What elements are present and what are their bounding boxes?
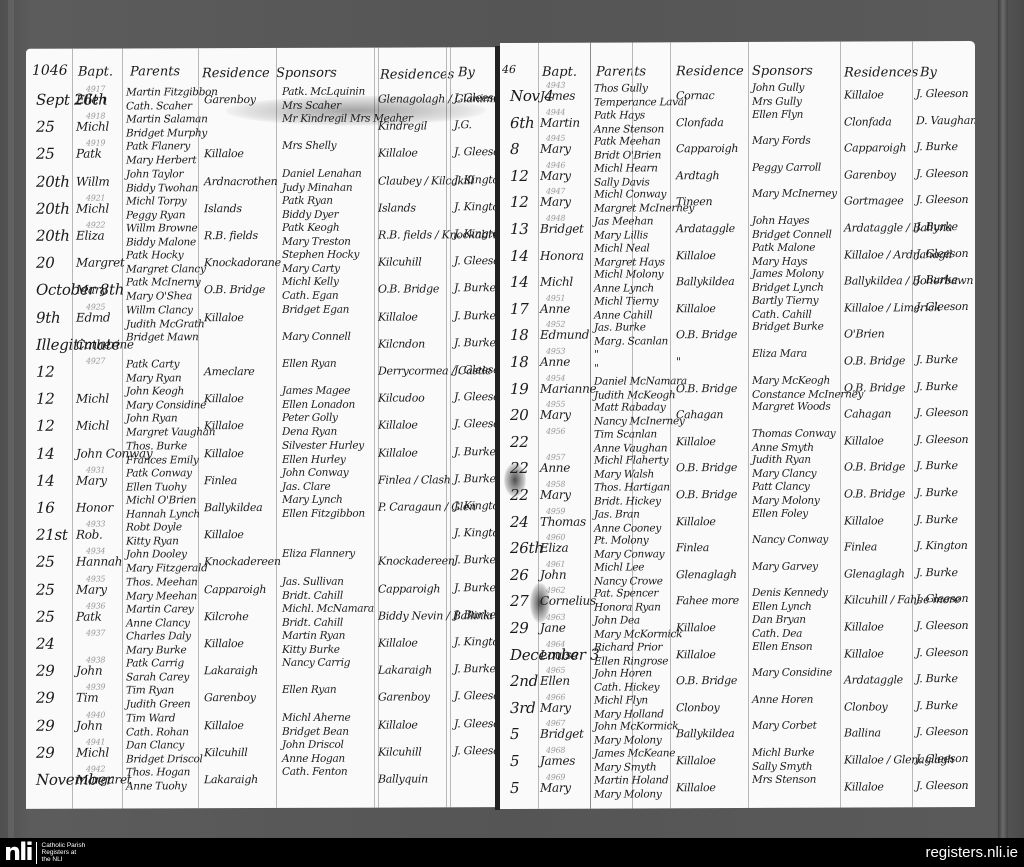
father-name: Michl Flyn — [594, 694, 648, 706]
nli-logo-mark: nli — [4, 841, 32, 864]
residence: Killaloe — [204, 719, 244, 732]
child-name: Rob. — [76, 528, 103, 542]
entry-date: 2nd — [510, 672, 538, 690]
sponsor-1: Ellen Ryan — [282, 358, 336, 370]
mother-name: Temperance Laval — [594, 96, 687, 108]
residence: Capparoigh — [676, 142, 738, 155]
child-name: Hannah — [76, 555, 122, 569]
officiant: J. Gleeson — [916, 193, 968, 206]
entry-date: 22 — [510, 433, 529, 451]
sponsor-residence: Killaloe — [378, 718, 418, 731]
child-name: Honor — [76, 501, 113, 515]
child-name: Patk — [76, 147, 102, 161]
child-name: Anne — [540, 302, 570, 316]
residence: O.B. Bridge — [676, 488, 737, 501]
child-name: Louisa — [540, 647, 578, 661]
sponsor-residence: Knockadereen — [378, 555, 455, 568]
father-name: Patk Flanery — [126, 141, 190, 153]
child-name: Eliza — [76, 229, 104, 243]
father-name: Tim Ryan — [126, 685, 174, 697]
entry-date: 20th — [36, 172, 70, 190]
child-name: Mary — [76, 473, 107, 487]
father-name: Thos. Hogan — [126, 766, 190, 778]
sponsor-2: Judy Minahan — [282, 181, 352, 193]
mother-name: Mary Molony — [594, 788, 661, 800]
child-name: Michl — [540, 275, 573, 289]
mother-name: Anne Tuohy — [126, 780, 186, 792]
officiant: J. Burke — [916, 672, 958, 685]
entry-date: 5 — [510, 779, 519, 797]
officiant: J. Burke — [454, 309, 496, 322]
mother-name: Judith Green — [126, 699, 190, 711]
officiant: J. Gleeson — [916, 646, 968, 659]
sponsor-1: Ellen Ryan — [282, 684, 336, 696]
residence: Garenboy — [204, 691, 256, 704]
sponsor-residence: O'Brien — [844, 328, 884, 341]
residence: Lakaraigh — [204, 664, 258, 677]
entry-date: 14 — [36, 472, 55, 490]
child-name: Ellen — [76, 93, 106, 107]
father-name: Patk Hays — [594, 109, 645, 121]
sponsor-1: James Molony — [752, 268, 823, 280]
sponsor-1: Mary Connell — [282, 330, 351, 342]
entry-date: 25 — [36, 118, 55, 136]
father-name: Thos Gully — [594, 82, 648, 94]
mother-name: Biddy Twohan — [126, 182, 198, 194]
sponsor-1: John Conway — [282, 466, 348, 478]
sponsor-2: Anne Smyth — [752, 441, 814, 453]
entry-date: 25 — [36, 553, 55, 571]
sponsor-2: Jas. Clare — [282, 481, 330, 493]
father-name: Michl Torpy — [126, 195, 186, 207]
entry-date: 12 — [36, 363, 55, 381]
sponsor-1: Dan Bryan — [752, 614, 806, 626]
residence: Killaloe — [676, 435, 716, 448]
mother-name: Cath. Rohan — [126, 726, 189, 738]
father-name: John McKormick — [594, 721, 678, 733]
residence: Ballykildea — [676, 727, 734, 740]
officiant: J. Burke — [916, 220, 958, 233]
residence: Knockadorane — [204, 256, 281, 269]
residence: Killaloe — [676, 515, 716, 528]
sponsor-1: Denis Kennedy — [752, 587, 828, 599]
mother-name: Margret Clancy — [126, 263, 206, 275]
mother-name: Mary O'Shea — [126, 291, 192, 303]
sponsor-2: Dena Ryan — [282, 426, 337, 438]
child-name: Anne — [540, 461, 570, 475]
sponsor-1: Ellen Foley — [752, 507, 808, 519]
sponsor-1: Eliza Mara — [752, 348, 807, 360]
sponsor-1: Eliza Flannery — [282, 548, 355, 560]
entry-date: 29 — [36, 689, 55, 707]
residence: Kilcrohe — [204, 610, 249, 623]
sponsor-2: Mary Treston — [282, 236, 351, 248]
sponsor-1: Thomas Conway — [752, 427, 835, 439]
residence: Killaloe — [204, 147, 244, 160]
entry-date: 14 — [36, 444, 55, 462]
entry-date: 29 — [36, 744, 55, 762]
sponsor-residence: Ballina — [844, 727, 881, 740]
ink-smudge — [530, 583, 550, 623]
entry-date: 12 — [36, 390, 55, 408]
father-name: John Taylor — [126, 168, 183, 180]
mother-name: Anne Lynch — [594, 283, 654, 295]
sponsor-residence: Garenboy — [378, 691, 430, 704]
register-page-left: 1046 Bapt. Parents Residence Sponsors Re… — [26, 47, 496, 809]
sponsor-residence: O.B. Bridge — [844, 354, 905, 367]
mother-name: Honora Ryan — [594, 602, 661, 614]
officiant: J. Burke — [454, 554, 496, 567]
child-name: Mary — [76, 283, 107, 297]
officiant: J. Kington — [454, 227, 496, 240]
mother-name: Anne Vaughan — [594, 442, 667, 454]
officiant: J. Kington — [454, 173, 496, 186]
entry-date: 25 — [36, 580, 55, 598]
residence: O.B. Bridge — [204, 283, 265, 296]
officiant: J. Gleeson — [454, 690, 496, 703]
mother-name: Nancy McInerney — [594, 415, 685, 427]
sponsor-1: Bridget Egan — [282, 303, 349, 315]
sponsor-residence: Glenaglagh — [844, 567, 905, 580]
sponsor-residence: Clonfada — [844, 115, 891, 128]
sponsor-1: Bridget Burke — [752, 321, 823, 333]
father-name: Michl Neal — [594, 242, 649, 254]
residence: O.B. Bridge — [676, 382, 737, 395]
officiant: J. Burke — [454, 445, 496, 458]
sponsor-residence: O.B. Bridge — [378, 283, 439, 296]
residence: Killaloe — [204, 637, 244, 650]
mother-name: Cath. Hickey — [594, 682, 659, 694]
residence: Finlea — [676, 541, 709, 554]
child-name: Eliza — [540, 541, 568, 555]
sponsor-2: Bridt. Cahill — [282, 589, 343, 601]
father-name: Richard Prior — [594, 641, 662, 653]
sponsor-1: Michl. McNamara — [282, 602, 374, 614]
mother-name: Mary Lillis — [594, 229, 648, 241]
officiant: J. Kington — [916, 539, 968, 552]
mother-name: Anne Stenson — [594, 123, 664, 135]
child-name: Mary — [76, 582, 107, 596]
father-name: John Dooley — [126, 549, 187, 561]
mother-name: Nancy Crowe — [594, 575, 663, 587]
child-name: John — [540, 568, 566, 582]
residence: Killaloe — [676, 648, 716, 661]
residence: Clonfada — [676, 116, 723, 129]
entry-date: 17 — [510, 300, 529, 318]
officiant: J. Burke — [916, 566, 958, 579]
sponsor-2: Biddy Dyer — [282, 209, 338, 221]
mother-name: Anne Cahill — [594, 309, 653, 321]
child-name: James — [540, 89, 575, 103]
officiant: J. Burke — [454, 608, 496, 621]
sponsor-1: John Driscol — [282, 739, 344, 751]
sponsor-2: Cath. Dea — [752, 628, 802, 640]
sponsor-1: Patk Ryan — [282, 195, 333, 207]
sponsor-residence: Killaloe — [844, 88, 884, 101]
child-name: John — [76, 664, 102, 678]
sponsor-2: Mrs Gully — [752, 96, 802, 108]
father-name: Patk Meehan — [594, 136, 660, 148]
mother-name: Kitty Ryan — [126, 535, 179, 547]
father-name: Michl O'Brien — [126, 494, 196, 506]
officiant: J. Gleeson — [454, 146, 496, 159]
mother-name: Cath. Scaher — [126, 100, 192, 112]
child-name: Mary — [540, 408, 571, 422]
entry-date: 25 — [36, 145, 55, 163]
officiant: J. Burke — [454, 472, 496, 485]
father-name: James McKeane — [594, 747, 675, 759]
child-name: Martin — [540, 115, 580, 129]
sponsor-1: Mary Lynch — [282, 494, 342, 506]
site-url-link[interactable]: registers.nli.ie — [925, 844, 1018, 861]
officiant: J. Kington — [454, 200, 496, 213]
residence: Glenaglagh — [676, 568, 737, 581]
entry-date: 5 — [510, 725, 519, 743]
entry-date: 12 — [510, 193, 529, 211]
sponsor-1: Daniel Lenahan — [282, 167, 362, 179]
sponsor-1: John Gully — [752, 82, 804, 94]
officiant: J. Burke — [916, 273, 958, 286]
entry-date: 6th — [510, 113, 534, 131]
entry-number: 4927 — [86, 357, 105, 366]
sponsor-residence: Capparoigh — [844, 141, 906, 154]
father-name: Patk Hocky — [126, 249, 183, 261]
mother-name: Mary Fitzgerald — [126, 563, 208, 575]
entry-date: 20th — [36, 199, 70, 217]
mother-name: Bridt O'Brien — [594, 150, 661, 162]
mother-name: Mary Walsh — [594, 469, 654, 481]
child-name: Anne — [540, 355, 570, 369]
child-name: James — [540, 754, 575, 768]
residence: Killaloe — [676, 781, 716, 794]
residence: Ameclare — [204, 365, 255, 378]
child-name: Michl — [76, 745, 109, 759]
entry-date: 12 — [510, 167, 529, 185]
sponsor-2: Anne Hogan — [282, 753, 345, 765]
sponsor-1: Mrs Shelly — [282, 140, 336, 152]
officiant: J. Gleeson — [454, 717, 496, 730]
mother-name: Anne Cooney — [594, 522, 661, 534]
father-name: Jas. Bran — [594, 508, 640, 520]
sponsor-1: Michl Aherne — [282, 711, 350, 723]
father-name: John Dea — [594, 614, 640, 626]
officiant: J. Gleeson — [454, 390, 496, 403]
sponsor-1: John Hayes — [752, 215, 809, 227]
entry-date: 16 — [36, 499, 55, 517]
residence: R.B. fields — [204, 229, 258, 242]
sponsor-2: Bridget Bean — [282, 725, 349, 737]
child-name: Edmd — [76, 310, 110, 324]
officiant: J. Gleeson — [454, 744, 496, 757]
officiant: J.G. — [454, 118, 472, 131]
residence: Killaloe — [204, 528, 244, 541]
sponsor-2: Mary Hays — [752, 255, 807, 267]
father-name: Jas Meehan — [594, 215, 653, 227]
mother-name: Ellen Tuohy — [126, 481, 186, 493]
sponsor-residence: Killaloe — [844, 514, 884, 527]
residence: Killaloe — [676, 302, 716, 315]
officiant: J. Burke — [454, 336, 496, 349]
sponsor-2: Ellen Fitzgibbon — [282, 508, 365, 520]
father-name: Willm Browne — [126, 222, 197, 234]
entry-date: 14 — [510, 247, 529, 265]
sponsor-residence: Killaloe — [378, 310, 418, 323]
child-name: Bridget — [540, 222, 584, 236]
nli-logo[interactable]: nli Catholic Parish Registers at the NLI — [4, 841, 85, 864]
entry-date: 5 — [510, 752, 519, 770]
sponsor-residence: Killaloe — [844, 620, 884, 633]
sponsor-residence: Killaloe — [378, 446, 418, 459]
father-name: Charles Daly — [126, 630, 191, 642]
residence: O.B. Bridge — [676, 328, 737, 341]
sponsor-2: Ellen Lynch — [752, 601, 812, 613]
father-name: John Horen — [594, 668, 652, 680]
mother-name: Frances Emily — [126, 454, 199, 466]
residence: Cahagan — [676, 408, 723, 421]
register-entry: 54969MaryMartin HolandMary MolonyKillalo… — [500, 775, 975, 807]
sponsor-1: Michl Kelly — [282, 276, 339, 288]
sponsor-residence: Ballyquin — [378, 772, 428, 785]
father-name: Martin Salaman — [126, 113, 208, 125]
residence: Fahee more — [676, 594, 739, 607]
sponsor-1: Martin Ryan — [282, 630, 345, 642]
mother-name: Margret Vaughan — [126, 427, 215, 439]
mother-name: Judith McGrath — [126, 318, 204, 330]
sponsor-1: Cath. Fenton — [282, 766, 347, 778]
mother-name: Margret Hays — [594, 256, 665, 268]
entry-date: 9th — [36, 308, 60, 326]
residence: Ballykildea — [676, 275, 734, 288]
officiant: J. Kington — [454, 635, 496, 648]
residence: O.B. Bridge — [676, 461, 737, 474]
child-name: Willm — [76, 174, 110, 188]
entry-date: 27 — [510, 592, 529, 610]
sponsor-1: Ellen Enson — [752, 640, 812, 652]
logo-divider — [36, 842, 37, 864]
sponsor-residence: Ardataggle — [844, 673, 903, 686]
sponsor-2: Bridget Connell — [752, 229, 832, 241]
child-name: Patk — [76, 609, 102, 623]
father-name: Martin Carey — [126, 603, 194, 615]
sponsor-2: Bridget Lynch — [752, 282, 824, 294]
sponsor-residence: Killaloe — [378, 636, 418, 649]
officiant: J. Burke — [916, 513, 958, 526]
sponsor-residence: Kilcudoo — [378, 392, 424, 405]
sponsor-1: Judith Ryan — [752, 454, 811, 466]
mother-name: Mary Meehan — [126, 590, 197, 602]
father-name: Dan Clancy — [126, 739, 184, 751]
residence: Lakaraigh — [204, 773, 258, 786]
sponsor-1: Peggy Carroll — [752, 161, 821, 173]
sponsor-residence: Finlea — [844, 541, 877, 554]
father-name: Tim Scanlan — [594, 428, 657, 440]
sponsor-1: Anne Horen — [752, 693, 813, 705]
mother-name: Mary Conway — [594, 549, 664, 561]
officiant: J. Burke — [916, 380, 958, 393]
father-name: Pat. Spencer — [594, 588, 658, 600]
residence: Killaloe — [204, 419, 244, 432]
sponsor-2: Bridt. Cahill — [282, 617, 343, 629]
father-name: John Ryan — [126, 413, 177, 425]
sponsor-residence: Capparoigh — [378, 582, 440, 595]
mother-name: Mary Molony — [594, 735, 661, 747]
sponsor-residence: Lakaraigh — [378, 664, 432, 677]
officiant: J. Gleeson — [454, 254, 496, 267]
sponsor-residence: Islands — [378, 201, 416, 214]
residence: Cornac — [676, 89, 714, 102]
father-name: Thos. Hartigan — [594, 481, 670, 493]
sponsor-residence: Garenboy — [844, 168, 896, 181]
entry-date: 24 — [36, 635, 55, 653]
residence: Islands — [204, 202, 242, 215]
child-name: Mary — [540, 142, 571, 156]
officiant: J. Gleeson — [916, 247, 968, 260]
sponsor-1: Nancy Conway — [752, 534, 828, 546]
father-name: Michl Tierny — [594, 295, 658, 307]
father-name: Tim Ward — [126, 712, 175, 724]
officiant: J. Kington — [454, 499, 496, 512]
sponsor-residence: O.B. Bridge — [844, 381, 905, 394]
sponsor-residence: Kilcndon — [378, 337, 425, 350]
sponsor-1: Silvester Hurley — [282, 439, 364, 451]
residence: Killaloe — [676, 754, 716, 767]
sponsor-residence: Finlea / Clash — [378, 473, 451, 486]
child-name: Michl — [76, 120, 109, 134]
father-name: Patk McInerny — [126, 277, 200, 289]
officiant: J. Burke — [454, 581, 496, 594]
scanned-register-image: 1046 Bapt. Parents Residence Sponsors Re… — [0, 0, 1024, 838]
sponsor-1: Patk Keogh — [282, 222, 339, 234]
entry-date: 29 — [510, 619, 529, 637]
entry-date: 19 — [510, 380, 529, 398]
entry-number: 4956 — [546, 427, 565, 436]
residence: Capparoigh — [204, 583, 266, 596]
entry-date: 3rd — [510, 699, 535, 717]
father-name: Bridget Mawn — [126, 331, 198, 343]
father-name: Daniel McNamara — [594, 375, 687, 387]
sponsor-1: Mary McInerney — [752, 188, 837, 200]
register-page-right: 46 Bapt. Parents Residence Sponsors Resi… — [500, 41, 975, 809]
entry-date: 21st — [36, 526, 68, 544]
child-name: Jane — [540, 621, 566, 635]
sponsor-1: Patt Clancy — [752, 481, 810, 493]
sponsor-1: Bartly Tierny — [752, 294, 818, 306]
father-name: Michl Hearn — [594, 162, 658, 174]
residence: Killaloe — [676, 621, 716, 634]
mother-name: Bridget Driscol — [126, 753, 203, 765]
entry-date: 20 — [36, 254, 55, 272]
child-name: Honora — [540, 248, 584, 262]
residence: " — [676, 355, 681, 368]
officiant: J. Burke — [916, 699, 958, 712]
sponsor-2: Cath. Egan — [282, 290, 338, 302]
entry-date: 24 — [510, 513, 529, 531]
mother-name: Anne Clancy — [126, 617, 190, 629]
child-name: Thomas — [540, 514, 586, 528]
child-name: Mary — [540, 488, 571, 502]
officiant: J. Gleeson — [916, 300, 968, 313]
entry-date: 26 — [510, 566, 529, 584]
father-name: Thos. Burke — [126, 440, 187, 452]
scan-edge-right — [998, 0, 1008, 838]
father-name: Willm Clancy — [126, 304, 193, 316]
register-entry: November4942MargaretThos. HoganAnne Tuoh… — [26, 767, 496, 799]
ink-smudge — [504, 463, 526, 497]
mother-name: Mary Smyth — [594, 761, 656, 773]
residence: Killaloe — [204, 311, 244, 324]
child-name: Michl — [76, 419, 109, 433]
child-name: Ellen — [540, 674, 570, 688]
